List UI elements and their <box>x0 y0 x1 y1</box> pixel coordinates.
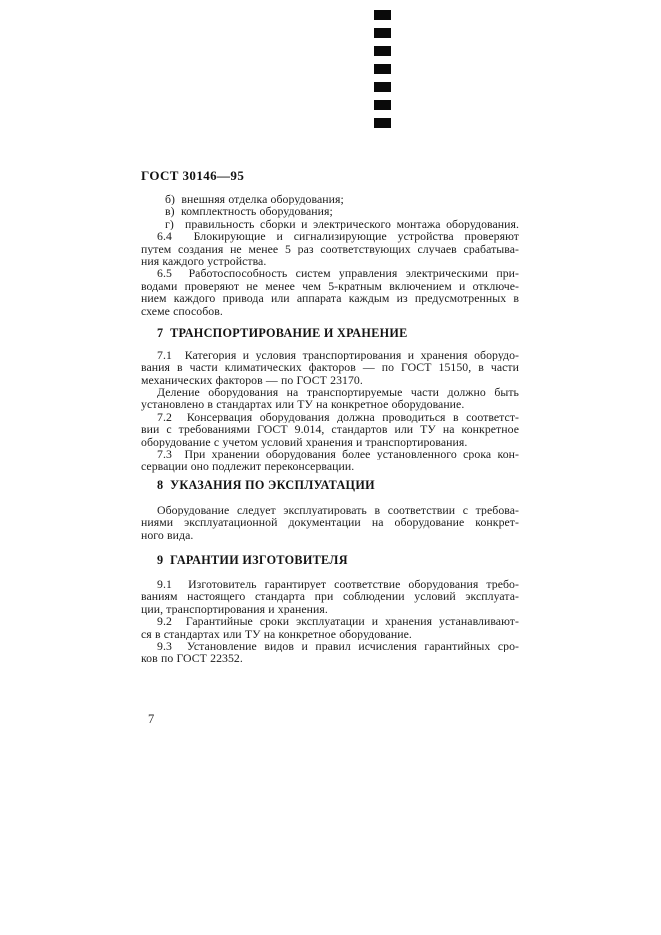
text-line: 6.5 Работоспособность систем управления … <box>141 267 519 279</box>
paragraph-7-1: 7.1 Категория и условия транспортировани… <box>141 349 519 386</box>
text-line: сервации оно подлежит переконсервации. <box>141 460 519 472</box>
paragraph-9-3: 9.3 Установление видов и правил исчислен… <box>141 640 519 665</box>
text-line: вания в части климатических факторов — п… <box>141 361 519 373</box>
section-heading-h9: 9 ГАРАНТИИ ИЗГОТОВИТЕЛЯ <box>141 554 519 567</box>
text-line: ся в стандартах или ТУ на конкретное обо… <box>141 628 519 640</box>
text-line: 7.1 Категория и условия транспортировани… <box>141 349 519 361</box>
paragraph-7-1a: Деление оборудования на транспортируемые… <box>141 386 519 411</box>
section-heading-h8: 8 УКАЗАНИЯ ПО ЭКСПЛУАТАЦИИ <box>141 479 519 492</box>
text-line: Оборудование следует эксплуатировать в с… <box>141 504 519 516</box>
text-line: ния каждого устройства. <box>141 255 519 267</box>
scanned-document-page: ГОСТ 30146—95 б) внешняя отделка оборудо… <box>0 0 661 935</box>
text-line: ции, транспортирования и хранения. <box>141 603 519 615</box>
text-line: 9.2 Гарантийные сроки эксплуатации и хра… <box>141 615 519 627</box>
paragraph-7-3: 7.3 При хранении оборудования более уста… <box>141 448 519 473</box>
text-line: ваниям настоящего стандарта при соблюден… <box>141 590 519 602</box>
paragraph-6-4: 6.4 Блокирующие и сигнализирующие устрой… <box>141 230 519 267</box>
text-line: Деление оборудования на транспортируемые… <box>141 386 519 398</box>
scan-mark-bar <box>374 46 391 56</box>
text-line: 7.3 При хранении оборудования более уста… <box>141 448 519 460</box>
text-line: ного вида. <box>141 529 519 541</box>
list-items-b-v-g: б) внешняя отделка оборудования;в) компл… <box>141 193 519 230</box>
scan-mark-bar <box>374 28 391 38</box>
paragraph-8: Оборудование следует эксплуатировать в с… <box>141 504 519 541</box>
text-line: установлено в стандартах или ТУ на конкр… <box>141 398 519 410</box>
text-line: г) правильность сборки и электрического … <box>141 218 519 230</box>
text-line: 9.1 Изготовитель гарантирует соответстви… <box>141 578 519 590</box>
text-line: в) комплектность оборудования; <box>141 205 519 217</box>
scan-mark-bar <box>374 10 391 20</box>
paragraph-9-2: 9.2 Гарантийные сроки эксплуатации и хра… <box>141 615 519 640</box>
text-line: водами проверяют не менее чем 5-кратным … <box>141 280 519 292</box>
paragraph-6-5: 6.5 Работоспособность систем управления … <box>141 267 519 317</box>
text-line: нием каждого привода или аппарата каждым… <box>141 292 519 304</box>
text-line: 7.2 Консервация оборудования должна пров… <box>141 411 519 423</box>
text-line: схеме способов. <box>141 305 519 317</box>
scan-mark-bar <box>374 100 391 110</box>
paragraph-7-2: 7.2 Консервация оборудования должна пров… <box>141 411 519 448</box>
text-line: механических факторов — по ГОСТ 23170. <box>141 374 519 386</box>
scan-mark-bar <box>374 82 391 92</box>
text-line: оборудование с учетом условий хранения и… <box>141 436 519 448</box>
text-line: ков по ГОСТ 22352. <box>141 652 519 664</box>
scan-mark-bar <box>374 118 391 128</box>
paragraph-9-1: 9.1 Изготовитель гарантирует соответстви… <box>141 578 519 615</box>
text-line: путем создания не менее 5 раз соответств… <box>141 243 519 255</box>
scan-mark-bar <box>374 64 391 74</box>
text-line: 6.4 Блокирующие и сигнализирующие устрой… <box>141 230 519 242</box>
text-line: ниями эксплуатационной документации на о… <box>141 516 519 528</box>
text-line: б) внешняя отделка оборудования; <box>141 193 519 205</box>
text-line: 9.3 Установление видов и правил исчислен… <box>141 640 519 652</box>
section-heading-h7: 7 ТРАНСПОРТИРОВАНИЕ И ХРАНЕНИЕ <box>141 327 519 340</box>
text-line: вии с требованиями ГОСТ 9.014, стандарто… <box>141 423 519 435</box>
page-number: 7 <box>148 712 154 727</box>
document-number-header: ГОСТ 30146—95 <box>141 168 244 184</box>
document-body: б) внешняя отделка оборудования;в) компл… <box>141 193 519 665</box>
